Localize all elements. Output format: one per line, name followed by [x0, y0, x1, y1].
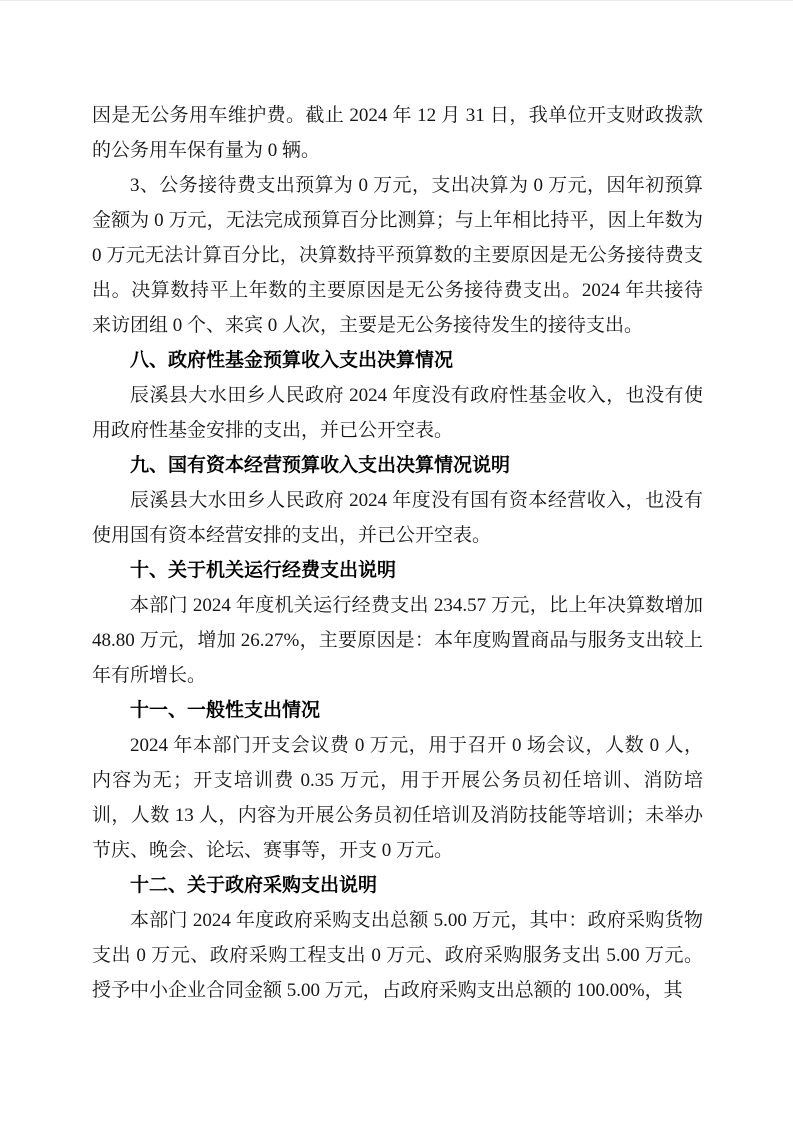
paragraph-continued: 因是无公务用车维护费。截止 2024 年 12 月 31 日，我单位开支财政拨款…	[92, 98, 703, 168]
paragraph-official-reception-expense: 3、公务接待费支出预算为 0 万元，支出决算为 0 万元，因年初预算金额为 0 …	[92, 168, 703, 343]
section-heading-10: 十、关于机关运行经费支出说明	[92, 553, 703, 588]
section-heading-8: 八、政府性基金预算收入支出决算情况	[92, 343, 703, 378]
paragraph-government-fund-budget: 辰溪县大水田乡人民政府 2024 年度没有政府性基金收入，也没有使用政府性基金安…	[92, 378, 703, 448]
paragraph-government-procurement: 本部门 2024 年度政府采购支出总额 5.00 万元，其中：政府采购货物支出 …	[92, 903, 703, 1008]
section-heading-9: 九、国有资本经营预算收入支出决算情况说明	[92, 448, 703, 483]
section-heading-11: 十一、一般性支出情况	[92, 693, 703, 728]
document-page: 因是无公务用车维护费。截止 2024 年 12 月 31 日，我单位开支财政拨款…	[0, 0, 793, 1122]
section-heading-12: 十二、关于政府采购支出说明	[92, 868, 703, 903]
paragraph-agency-operating-expense: 本部门 2024 年度机关运行经费支出 234.57 万元，比上年决算数增加 4…	[92, 588, 703, 693]
paragraph-general-expense: 2024 年本部门开支会议费 0 万元，用于召开 0 场会议，人数 0 人，内容…	[92, 728, 703, 868]
paragraph-state-capital-budget: 辰溪县大水田乡人民政府 2024 年度没有国有资本经营收入，也没有使用国有资本经…	[92, 483, 703, 553]
